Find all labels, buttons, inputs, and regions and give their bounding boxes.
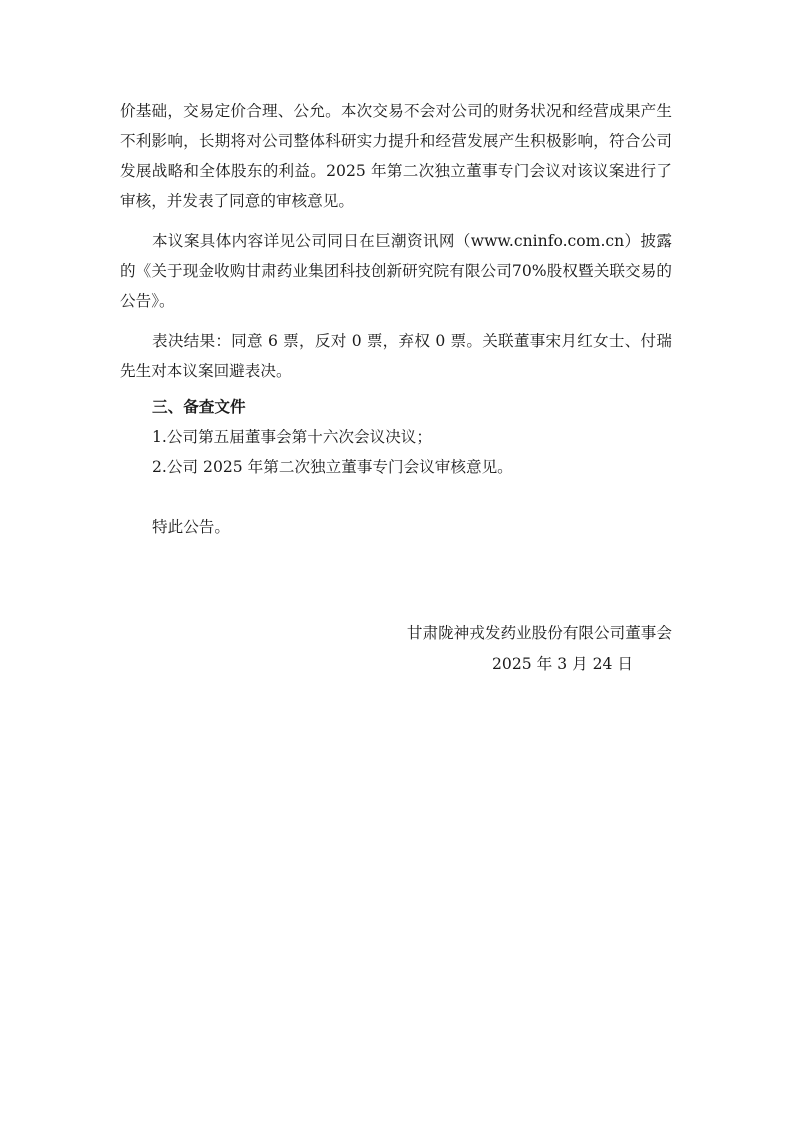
signature-organization: 甘肃陇神戎发药业股份有限公司董事会 [400, 618, 672, 649]
attachment-item-1: 1.公司第五届董事会第十六次会议决议； [120, 422, 672, 452]
signature-date: 2025 年 3 月 24 日 [400, 649, 672, 680]
paragraph-voting-result: 表决结果：同意 6 票，反对 0 票，弃权 0 票。关联董事宋月红女士、付瑞先生… [120, 326, 672, 386]
signature-block: 甘肃陇神戎发药业股份有限公司董事会 2025 年 3 月 24 日 [400, 618, 672, 680]
section-heading-reference-documents: 三、备查文件 [120, 392, 672, 422]
document-page: 价基础，交易定价合理、公允。本次交易不会对公司的财务状况和经营成果产生不利影响，… [0, 0, 794, 1122]
attachment-item-2: 2.公司 2025 年第二次独立董事专门会议审核意见。 [120, 452, 672, 482]
paragraph-transaction-assessment: 价基础，交易定价合理、公允。本次交易不会对公司的财务状况和经营成果产生不利影响，… [120, 96, 672, 216]
closing-statement: 特此公告。 [120, 512, 672, 542]
document-body: 价基础，交易定价合理、公允。本次交易不会对公司的财务状况和经营成果产生不利影响，… [120, 96, 672, 558]
paragraph-disclosure-reference: 本议案具体内容详见公司同日在巨潮资讯网（www.cninfo.com.cn）披露… [120, 226, 672, 316]
